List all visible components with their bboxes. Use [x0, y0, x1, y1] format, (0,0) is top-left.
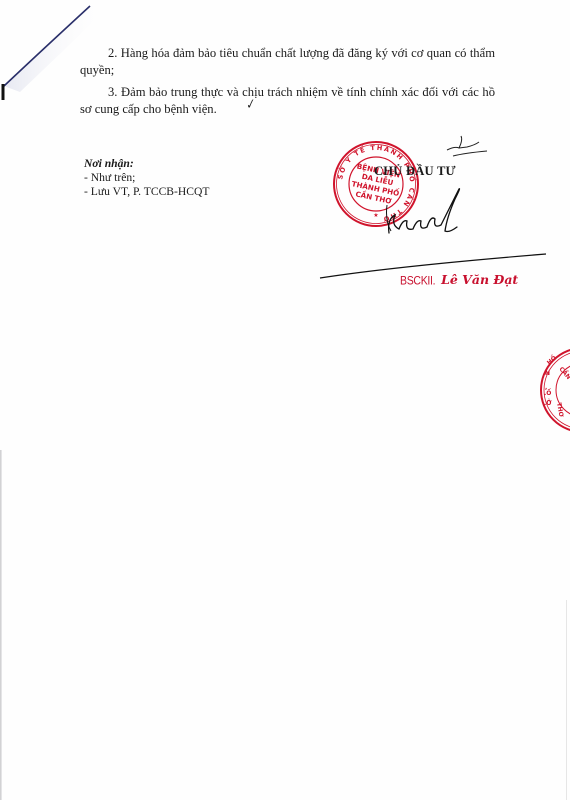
- scan-right-edge: [566, 600, 567, 800]
- recipient-item: - Như trên;: [84, 171, 209, 185]
- initial-mark-icon: [445, 134, 490, 160]
- svg-text:.Ố: .Ố: [544, 389, 551, 397]
- document-page: 2. Hàng hóa đảm bảo tiêu chuẩn chất lượn…: [0, 0, 570, 800]
- handwritten-signature: [385, 185, 465, 237]
- signer-degree: BSCKII.: [400, 274, 435, 288]
- commitment-item-3: 3. Đảm bảo trung thực và chịu trách nhiệ…: [80, 84, 495, 118]
- signer-title: CHỦ ĐẦU TƯ: [374, 164, 456, 179]
- svg-text:.Ở: .Ở: [544, 399, 552, 407]
- svg-text:★: ★: [373, 212, 378, 219]
- svg-text:N: N: [545, 370, 550, 377]
- recipients-title: Nơi nhận:: [84, 157, 209, 171]
- signer-name: BSCKII. Lê Văn Đạt: [400, 272, 518, 287]
- commitment-list: 2. Hàng hóa đảm bảo tiêu chuẩn chất lượn…: [80, 45, 495, 123]
- recipients-block: Nơi nhận: - Như trên; - Lưu VT, P. TCCB-…: [84, 157, 209, 199]
- commitment-item-2: 2. Hàng hóa đảm bảo tiêu chuẩn chất lượn…: [80, 45, 495, 79]
- initial-tick-icon: ✓: [216, 95, 258, 124]
- svg-text:HỐ: HỐ: [545, 354, 558, 367]
- edge-seal-stamp-icon: HỐ CẦN THƠ N , .Ố .Ở: [537, 345, 570, 435]
- recipient-item: - Lưu VT, P. TCCB-HCQT: [84, 185, 209, 199]
- signer-full-name: Lê Văn Đạt: [441, 272, 518, 287]
- scan-left-edge: [0, 450, 2, 800]
- svg-text:THƠ: THƠ: [555, 402, 565, 418]
